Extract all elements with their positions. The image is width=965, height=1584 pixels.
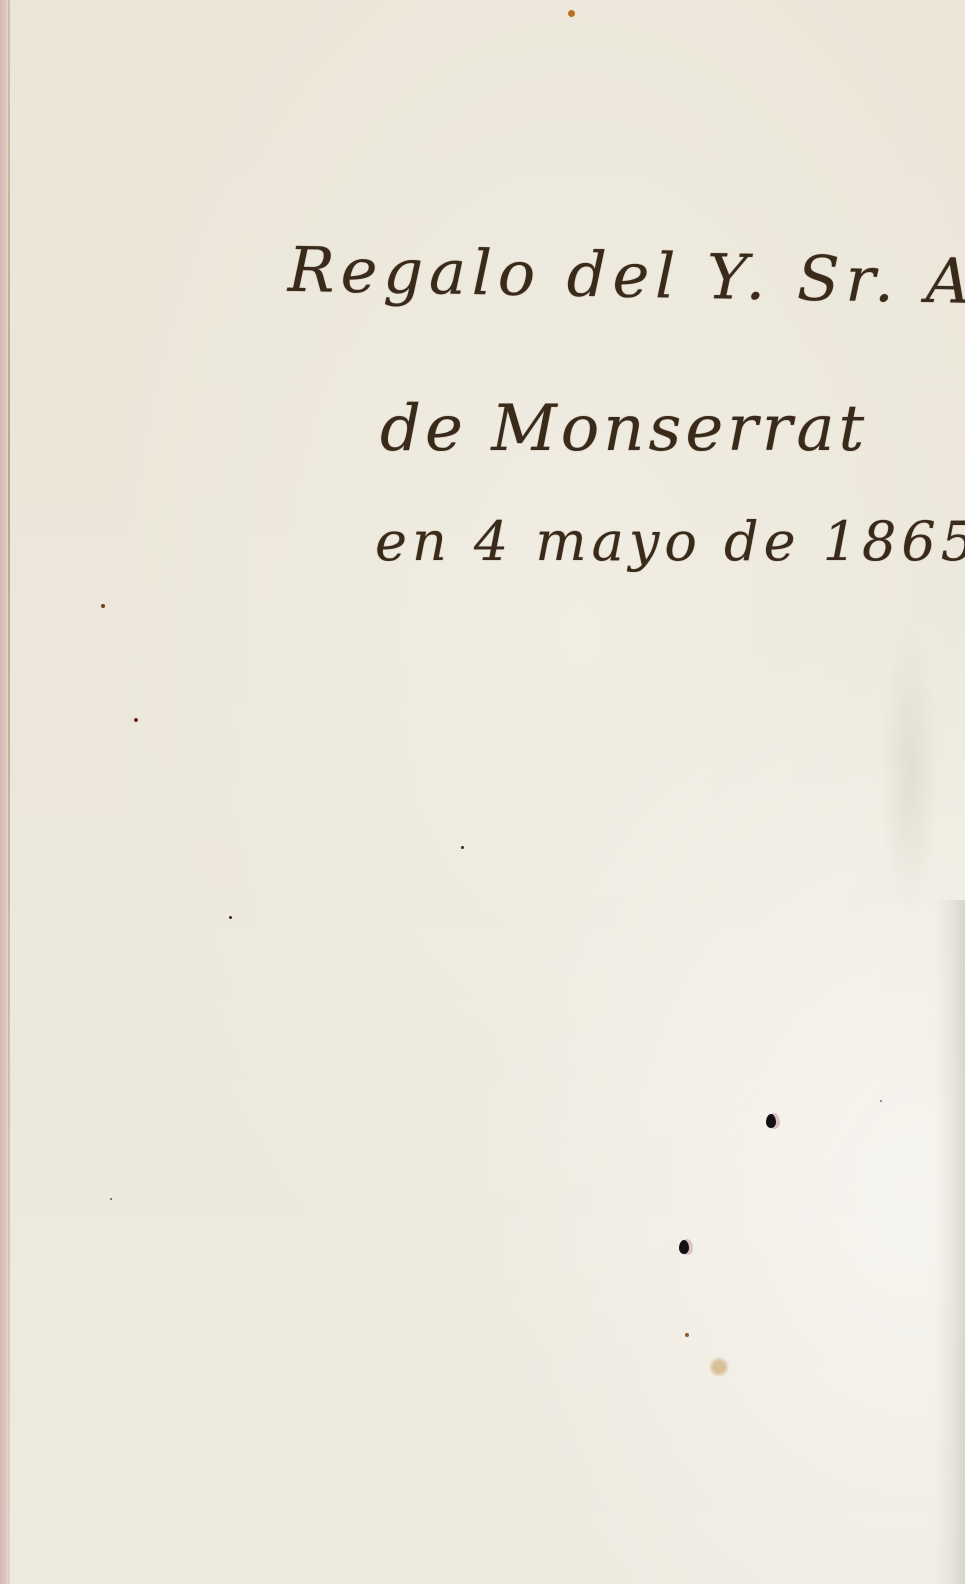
paper-hole xyxy=(679,1240,689,1254)
document-page: Regalo del Y. Sr. Abad de Monserrat en 4… xyxy=(0,0,965,1584)
paper-speck xyxy=(685,1333,689,1337)
paper-speck xyxy=(110,1198,112,1200)
inscription-line-3: en 4 mayo de 1865. xyxy=(375,510,965,573)
inscription-line-1: Regalo del Y. Sr. Abad xyxy=(287,233,965,320)
paper-speck xyxy=(461,846,464,849)
paper-hole xyxy=(766,1114,776,1128)
paper-speck xyxy=(229,916,232,919)
handwritten-inscription: Regalo del Y. Sr. Abad de Monserrat en 4… xyxy=(0,0,965,1584)
paper-speck xyxy=(101,604,105,608)
paper-speck xyxy=(134,718,138,722)
paper-stain xyxy=(709,1357,729,1377)
inscription-line-2: de Monserrat xyxy=(380,392,868,466)
paper-speck xyxy=(568,10,575,17)
paper-speck xyxy=(880,1100,882,1102)
